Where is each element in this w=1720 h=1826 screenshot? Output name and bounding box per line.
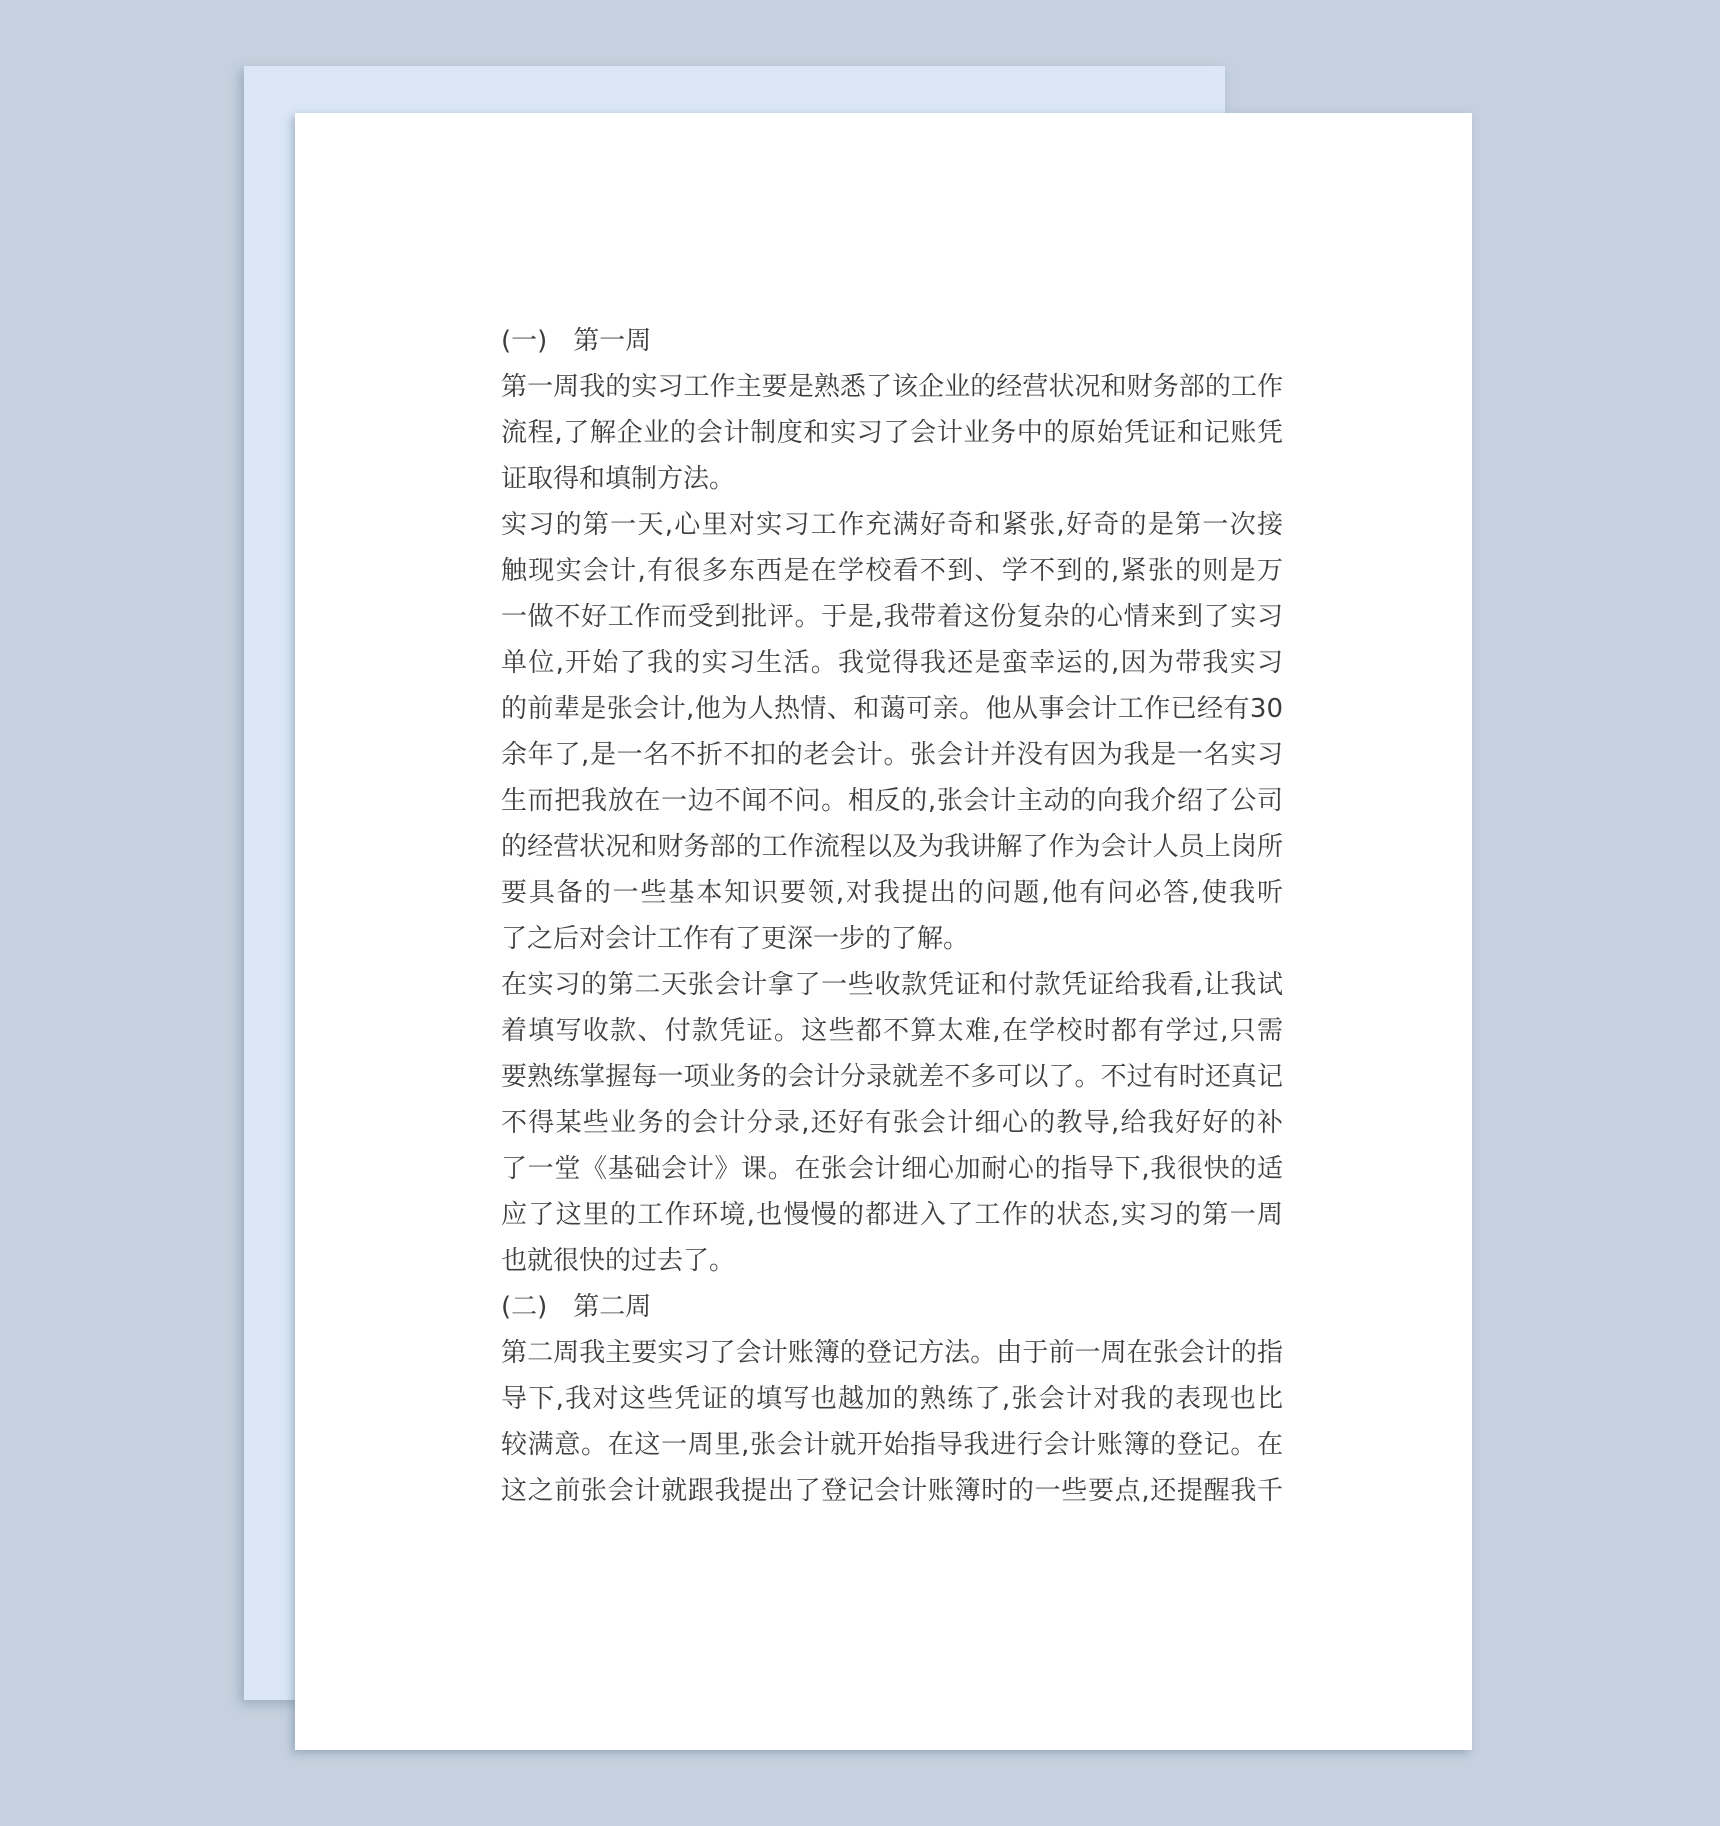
text-line: 流程,了解企业的会计制度和实习了会计业务中的原始凭证和记账凭 — [501, 410, 1283, 456]
text-line: 第二周我主要实习了会计账簿的登记方法。由于前一周在张会计的指 — [501, 1330, 1283, 1376]
text-line: 这之前张会计就跟我提出了登记会计账簿时的一些要点,还提醒我千 — [501, 1468, 1283, 1514]
text-line: 要熟练掌握每一项业务的会计分录就差不多可以了。不过有时还真记 — [501, 1054, 1283, 1100]
text-line: 也就很快的过去了。 — [501, 1238, 1283, 1284]
document-text-block: (一) 第一周第一周我的实习工作主要是熟悉了该企业的经营状况和财务部的工作流程,… — [501, 318, 1283, 1514]
text-line: 单位,开始了我的实习生活。我觉得我还是蛮幸运的,因为带我实习 — [501, 640, 1283, 686]
text-line: 了一堂《基础会计》课。在张会计细心加耐心的指导下,我很快的适 — [501, 1146, 1283, 1192]
text-line: 了之后对会计工作有了更深一步的了解。 — [501, 916, 1283, 962]
text-line: 导下,我对这些凭证的填写也越加的熟练了,张会计对我的表现也比 — [501, 1376, 1283, 1422]
text-line: 生而把我放在一边不闻不问。相反的,张会计主动的向我介绍了公司 — [501, 778, 1283, 824]
text-line: (一) 第一周 — [501, 318, 1283, 364]
text-line: 余年了,是一名不折不扣的老会计。张会计并没有因为我是一名实习 — [501, 732, 1283, 778]
text-line: 一做不好工作而受到批评。于是,我带着这份复杂的心情来到了实习 — [501, 594, 1283, 640]
text-line: 证取得和填制方法。 — [501, 456, 1283, 502]
text-line: (二) 第二周 — [501, 1284, 1283, 1330]
text-line: 不得某些业务的会计分录,还好有张会计细心的教导,给我好好的补 — [501, 1100, 1283, 1146]
text-line: 应了这里的工作环境,也慢慢的都进入了工作的状态,实习的第一周 — [501, 1192, 1283, 1238]
text-line: 要具备的一些基本知识要领,对我提出的问题,他有问必答,使我听 — [501, 870, 1283, 916]
canvas-background: (一) 第一周第一周我的实习工作主要是熟悉了该企业的经营状况和财务部的工作流程,… — [0, 0, 1720, 1826]
text-line: 的经营状况和财务部的工作流程以及为我讲解了作为会计人员上岗所 — [501, 824, 1283, 870]
document-page: (一) 第一周第一周我的实习工作主要是熟悉了该企业的经营状况和财务部的工作流程,… — [295, 113, 1472, 1750]
text-line: 实习的第一天,心里对实习工作充满好奇和紧张,好奇的是第一次接 — [501, 502, 1283, 548]
text-line: 触现实会计,有很多东西是在学校看不到、学不到的,紧张的则是万 — [501, 548, 1283, 594]
text-line: 的前辈是张会计,他为人热情、和蔼可亲。他从事会计工作已经有30 — [501, 686, 1283, 732]
text-line: 在实习的第二天张会计拿了一些收款凭证和付款凭证给我看,让我试 — [501, 962, 1283, 1008]
text-line: 较满意。在这一周里,张会计就开始指导我进行会计账簿的登记。在 — [501, 1422, 1283, 1468]
text-line: 第一周我的实习工作主要是熟悉了该企业的经营状况和财务部的工作 — [501, 364, 1283, 410]
text-line: 着填写收款、付款凭证。这些都不算太难,在学校时都有学过,只需 — [501, 1008, 1283, 1054]
